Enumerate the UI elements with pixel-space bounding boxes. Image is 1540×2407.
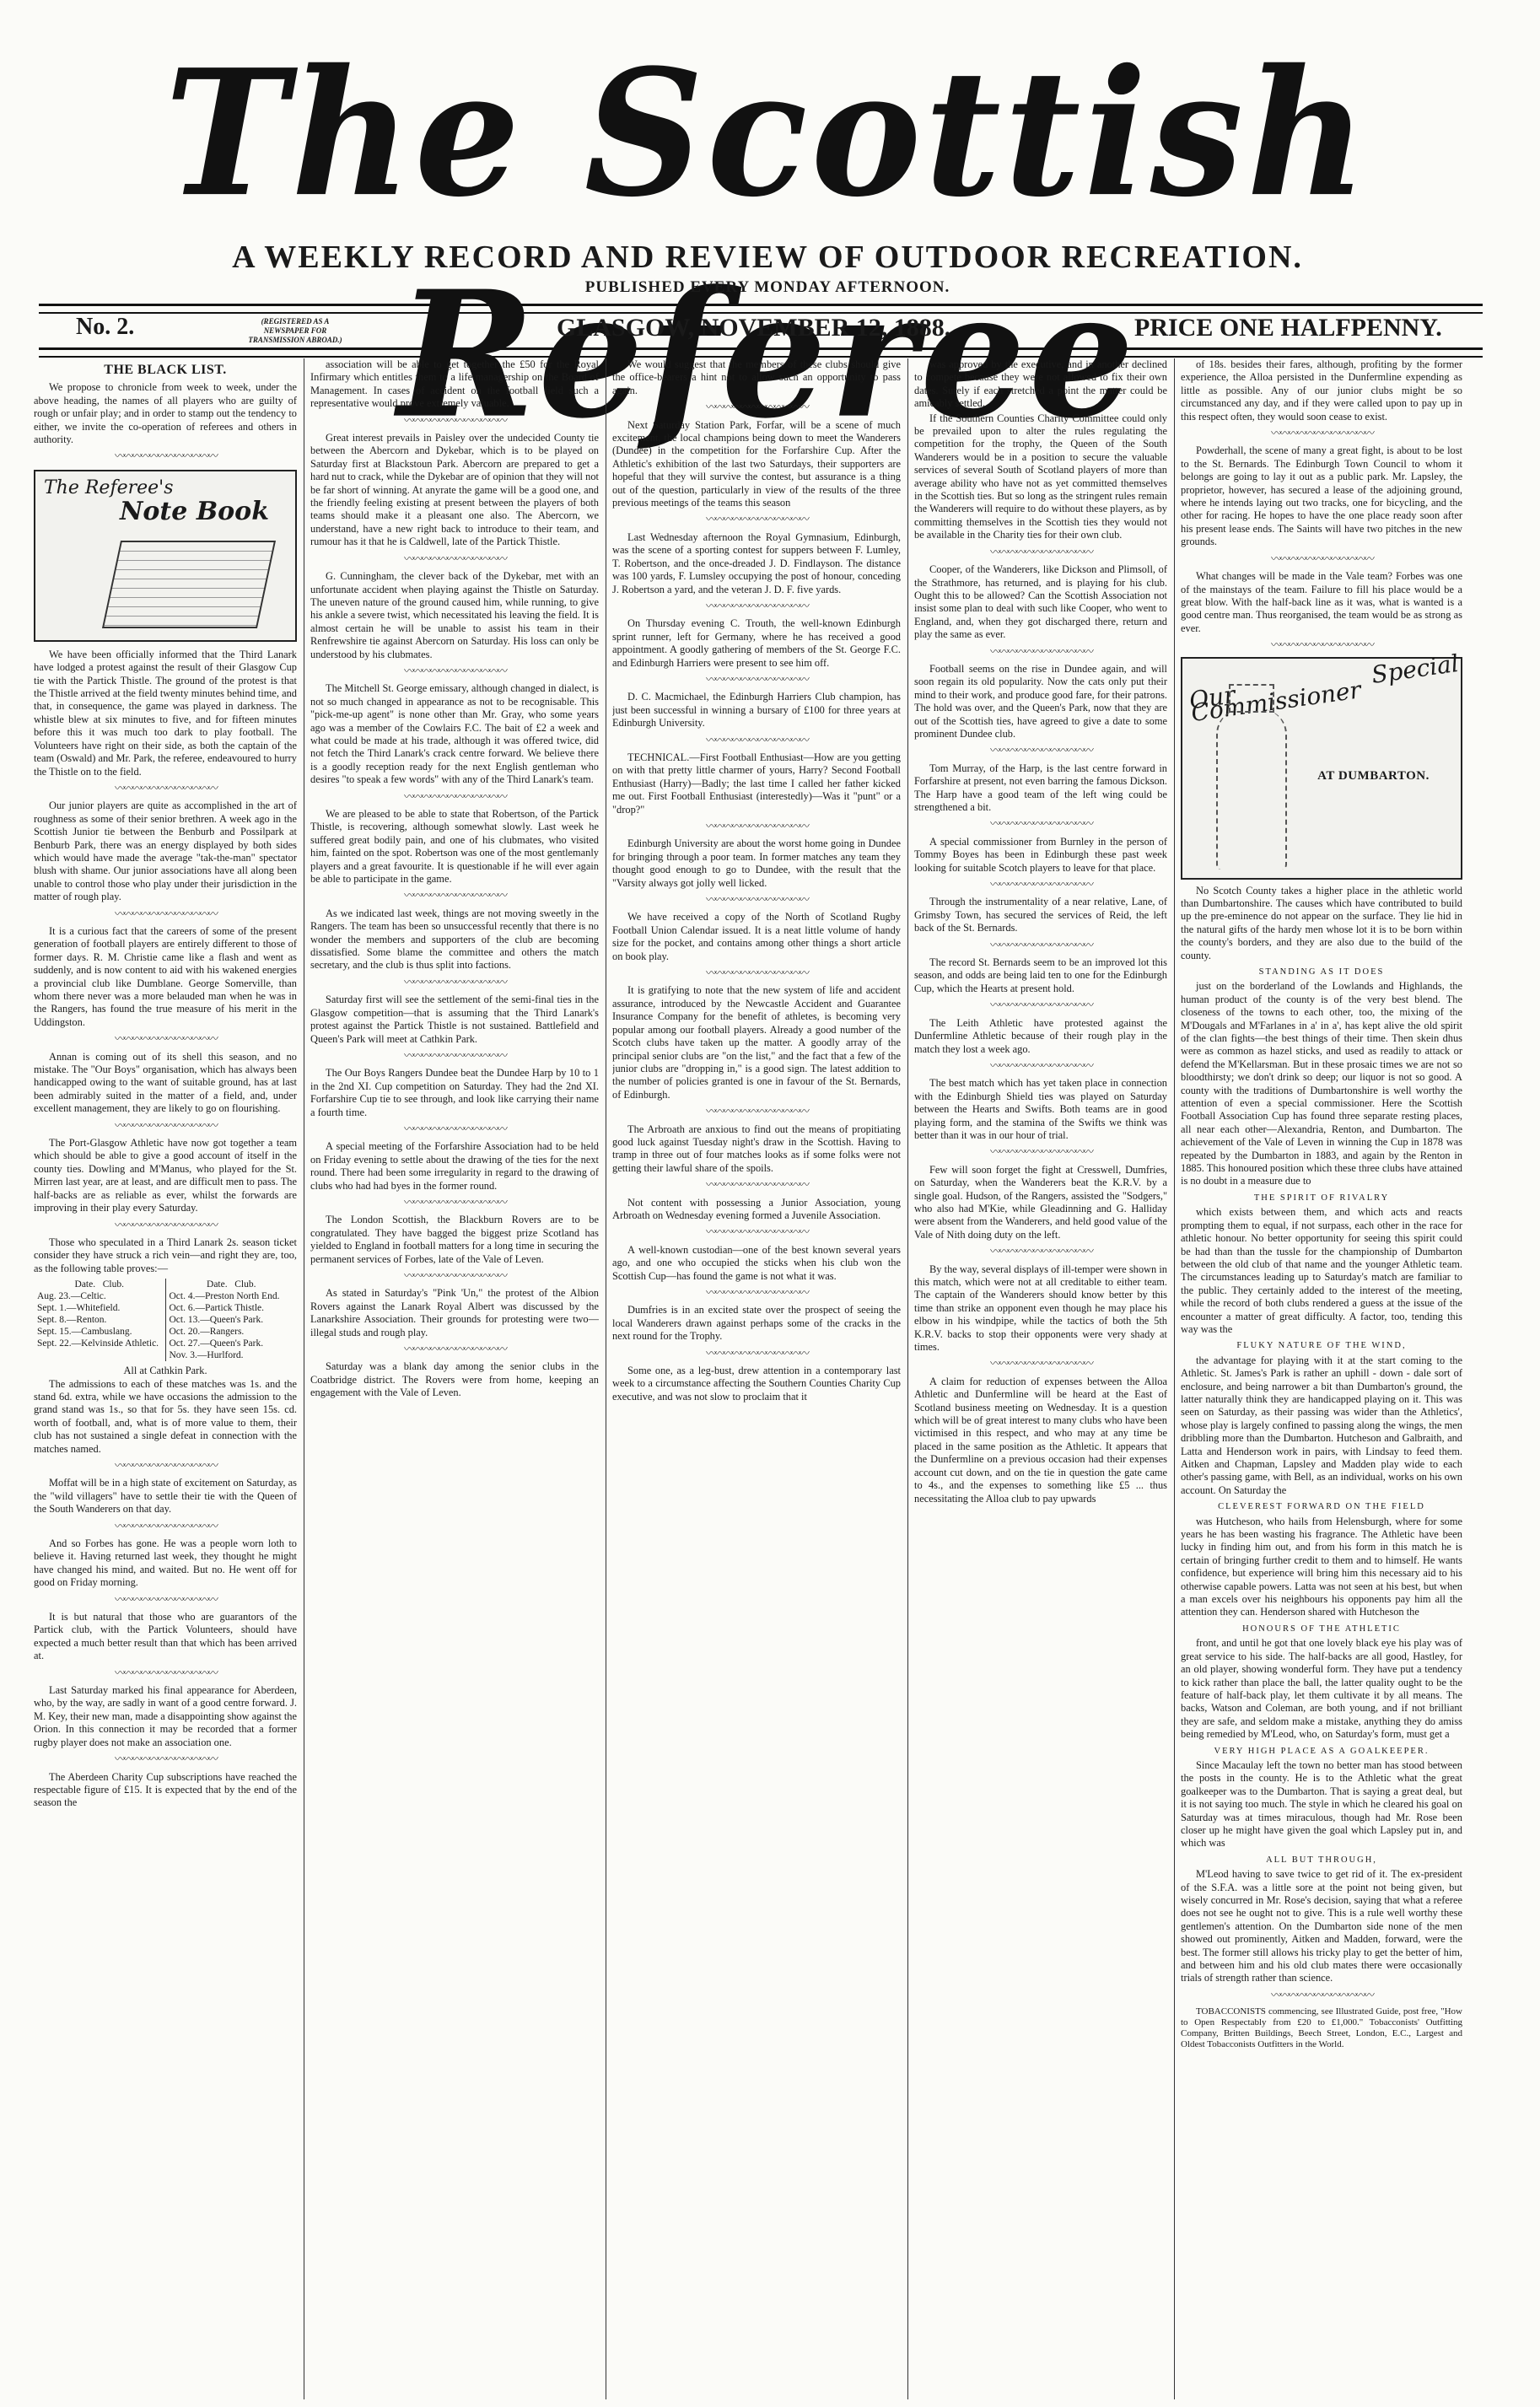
ornament-divider: 〰〰〰〰〰〰〰〰〰〰〰〰 — [612, 734, 901, 746]
article-paragraph: Saturday was a blank day among the senio… — [310, 1360, 599, 1399]
ornament-divider: 〰〰〰〰〰〰〰〰〰〰〰〰 — [34, 1753, 297, 1765]
article-paragraph: Through the instrumentality of a near re… — [914, 896, 1167, 934]
article-paragraph: A special commissioner from Burnley in t… — [914, 836, 1167, 875]
column-rule — [606, 358, 606, 2399]
dateline: No. 2. (REGISTERED AS A NEWSPAPER FOR TR… — [51, 314, 1476, 346]
article-paragraph: was Hutcheson, who hails from Helensburg… — [1181, 1516, 1462, 1619]
black-list-intro: We propose to chronicle from week to wee… — [34, 381, 297, 446]
article-paragraph: The admissions to each of these matches … — [34, 1378, 297, 1456]
ornament-divider: 〰〰〰〰〰〰〰〰〰〰〰〰 — [34, 907, 297, 920]
fixtures-table: Date. Club. Aug. 23.—Celtic. Sept. 1.—Wh… — [34, 1279, 297, 1361]
article-paragraph: Football seems on the rise in Dundee aga… — [914, 663, 1167, 740]
ornament-divider: 〰〰〰〰〰〰〰〰〰〰〰〰 — [310, 1196, 599, 1209]
ornament-divider: 〰〰〰〰〰〰〰〰〰〰〰〰 — [34, 1667, 297, 1679]
article-paragraph: Great interest prevails in Paisley over … — [310, 432, 599, 549]
ornament-divider: 〰〰〰〰〰〰〰〰〰〰〰〰 — [914, 1145, 1167, 1158]
ornament-divider: 〰〰〰〰〰〰〰〰〰〰〰〰 — [1181, 552, 1462, 565]
article-paragraph: It is but natural that those who are gua… — [34, 1611, 297, 1663]
ornament-divider: 〰〰〰〰〰〰〰〰〰〰〰〰 — [612, 1347, 901, 1360]
ornament-divider: 〰〰〰〰〰〰〰〰〰〰〰〰 — [914, 999, 1167, 1011]
ornament-divider: 〰〰〰〰〰〰〰〰〰〰〰〰 — [914, 939, 1167, 951]
article-paragraph: M'Leod having to save twice to get rid o… — [1181, 1868, 1462, 1985]
ornament-divider: 〰〰〰〰〰〰〰〰〰〰〰〰 — [914, 546, 1167, 558]
article-paragraph: We are pleased to be able to state that … — [310, 808, 599, 886]
ornament-divider: 〰〰〰〰〰〰〰〰〰〰〰〰 — [612, 1178, 901, 1191]
article-paragraph: A well-known custodian—one of the best k… — [612, 1244, 901, 1283]
article-paragraph: front, and until he got that one lovely … — [1181, 1637, 1462, 1741]
article-paragraph: Annan is coming out of its shell this se… — [34, 1051, 297, 1116]
article-paragraph: The London Scottish, the Blackburn Rover… — [310, 1214, 599, 1266]
fixture-row: Oct. 13.—Queen's Park. — [170, 1314, 294, 1326]
ornament-divider: 〰〰〰〰〰〰〰〰〰〰〰〰 — [612, 513, 901, 525]
article-paragraph: Next Saturday Station Park, Forfar, will… — [612, 419, 901, 510]
column-2: association will be able to get together… — [310, 358, 599, 2399]
article-paragraph: TECHNICAL.—First Football Enthusiast—How… — [612, 751, 901, 816]
article-paragraph: The Aberdeen Charity Cup subscriptions h… — [34, 1771, 297, 1810]
article-paragraph: And so Forbes has gone. He was a people … — [34, 1537, 297, 1590]
ornament-divider: 〰〰〰〰〰〰〰〰〰〰〰〰 — [34, 1032, 297, 1045]
bottom-rule — [39, 347, 1483, 358]
subheading: CLEVEREST FORWARD ON THE FIELD — [1181, 1500, 1462, 1513]
ornament-divider: 〰〰〰〰〰〰〰〰〰〰〰〰 — [612, 1225, 901, 1238]
ornament-divider: 〰〰〰〰〰〰〰〰〰〰〰〰 — [34, 782, 297, 794]
fixture-row: Oct. 27.—Queen's Park. — [170, 1338, 294, 1349]
fixture-row: Oct. 6.—Partick Thistle. — [170, 1302, 294, 1314]
article-paragraph: was approved by the executive, and in an… — [914, 358, 1167, 411]
article-paragraph: A special meeting of the Forfarshire Ass… — [310, 1140, 599, 1193]
column-3: We would suggest that the members of the… — [612, 358, 901, 2399]
article-paragraph: Not content with possessing a Junior Ass… — [612, 1197, 901, 1223]
ornament-divider: 〰〰〰〰〰〰〰〰〰〰〰〰 — [914, 744, 1167, 757]
tobacconists-advert: TOBACCONISTS commencing, see Illustrated… — [1181, 2006, 1462, 2050]
dumbarton-heading: AT DUMBARTON. — [1291, 770, 1456, 783]
article-paragraph: D. C. Macmichael, the Edinburgh Harriers… — [612, 691, 901, 730]
article-paragraph: Saturday first will see the settlement o… — [310, 993, 599, 1046]
ornament-divider: 〰〰〰〰〰〰〰〰〰〰〰〰 — [310, 665, 599, 677]
article-paragraph: Last Wednesday afternoon the Royal Gymna… — [612, 531, 901, 596]
article-paragraph: We have been officially informed that th… — [34, 649, 297, 778]
ornament-divider: 〰〰〰〰〰〰〰〰〰〰〰〰 — [914, 1245, 1167, 1257]
ornament-divider: 〰〰〰〰〰〰〰〰〰〰〰〰 — [1181, 427, 1462, 439]
column-5: of 18s. besides their fares, although, p… — [1181, 358, 1462, 2399]
ornament-divider: 〰〰〰〰〰〰〰〰〰〰〰〰 — [310, 414, 599, 427]
registration-note: (REGISTERED AS A NEWSPAPER FOR TRANSMISS… — [245, 317, 346, 345]
article-paragraph: Moffat will be in a high state of excite… — [34, 1477, 297, 1516]
newspaper-page: The Scottish Referee A WEEKLY RECORD AND… — [34, 0, 1467, 2407]
ornament-divider: 〰〰〰〰〰〰〰〰〰〰〰〰 — [914, 1059, 1167, 1072]
special-commissioner-illustration: Our Special Commissioner AT DUMBARTON. — [1181, 657, 1462, 880]
book-icon — [102, 541, 276, 628]
ornament-divider: 〰〰〰〰〰〰〰〰〰〰〰〰 — [310, 889, 599, 902]
fixture-row: Sept. 8.—Renton. — [37, 1314, 162, 1326]
article-paragraph: Dumfries is in an excited state over the… — [612, 1304, 901, 1343]
article-paragraph: The Mitchell St. George emissary, althou… — [310, 682, 599, 786]
ornament-divider: 〰〰〰〰〰〰〰〰〰〰〰〰 — [34, 1219, 297, 1231]
article-paragraph: The record St. Bernards seem to be an im… — [914, 956, 1167, 995]
ornament-divider: 〰〰〰〰〰〰〰〰〰〰〰〰 — [310, 790, 599, 803]
article-paragraph: We would suggest that the members of the… — [612, 358, 901, 397]
article-paragraph: The Arbroath are anxious to find out the… — [612, 1123, 901, 1176]
article-paragraph: The best match which has yet taken place… — [914, 1077, 1167, 1142]
ornament-divider: 〰〰〰〰〰〰〰〰〰〰〰〰 — [612, 820, 901, 832]
place-date: GLASGOW, NOVEMBER 12, 1888. — [557, 314, 950, 342]
article-paragraph: of 18s. besides their fares, although, p… — [1181, 358, 1462, 423]
article-paragraph: just on the borderland of the Lowlands a… — [1181, 980, 1462, 1188]
ornament-divider: 〰〰〰〰〰〰〰〰〰〰〰〰 — [612, 1286, 901, 1299]
ornament-divider: 〰〰〰〰〰〰〰〰〰〰〰〰 — [914, 878, 1167, 891]
article-paragraph: The Leith Athletic have protested agains… — [914, 1017, 1167, 1056]
article-paragraph: Edinburgh University are about the worst… — [612, 837, 901, 890]
article-paragraph: It is a curious fact that the careers of… — [34, 925, 297, 1029]
article-paragraph: which exists between them, and which act… — [1181, 1206, 1462, 1336]
ornament-divider: 〰〰〰〰〰〰〰〰〰〰〰〰 — [612, 1105, 901, 1117]
article-paragraph: We have received a copy of the North of … — [612, 911, 901, 963]
referees-note-book-illustration: The Referee's Note Book — [34, 470, 297, 642]
fixtures-header: Date. Club. — [37, 1279, 162, 1290]
column-4: was approved by the executive, and in an… — [914, 358, 1167, 2399]
ornament-divider: 〰〰〰〰〰〰〰〰〰〰〰〰 — [914, 1357, 1167, 1370]
ornament-divider: 〰〰〰〰〰〰〰〰〰〰〰〰 — [612, 401, 901, 413]
price: PRICE ONE HALFPENNY. — [1134, 314, 1442, 342]
article-paragraph: A claim for reduction of expenses betwee… — [914, 1376, 1167, 1505]
ornament-divider: 〰〰〰〰〰〰〰〰〰〰〰〰 — [612, 967, 901, 979]
subheading: STANDING AS IT DOES — [1181, 966, 1462, 978]
dumbarton-intro: AT DUMBARTON. — [1291, 770, 1456, 786]
ornament-divider: 〰〰〰〰〰〰〰〰〰〰〰〰 — [310, 552, 599, 565]
ornament-divider: 〰〰〰〰〰〰〰〰〰〰〰〰 — [310, 1123, 599, 1135]
ornament-divider: 〰〰〰〰〰〰〰〰〰〰〰〰 — [34, 1459, 297, 1472]
fixture-row: Aug. 23.—Celtic. — [37, 1290, 162, 1302]
ornament-divider: 〰〰〰〰〰〰〰〰〰〰〰〰 — [612, 673, 901, 686]
article-paragraph: By the way, several displays of ill-temp… — [914, 1263, 1167, 1354]
illustration-label: The Referee's — [44, 482, 174, 494]
article-paragraph: Powderhall, the scene of many a great fi… — [1181, 444, 1462, 548]
article-paragraph: As we indicated last week, things are no… — [310, 907, 599, 972]
article-paragraph: Since Macaulay left the town no better m… — [1181, 1759, 1462, 1850]
ornament-divider: 〰〰〰〰〰〰〰〰〰〰〰〰 — [612, 600, 901, 612]
column-rule — [1174, 358, 1175, 2399]
fixture-row: Oct. 20.—Rangers. — [170, 1326, 294, 1338]
fixtures-left: Date. Club. Aug. 23.—Celtic. Sept. 1.—Wh… — [34, 1279, 165, 1361]
article-paragraph: What changes will be made in the Vale te… — [1181, 570, 1462, 635]
ornament-divider: 〰〰〰〰〰〰〰〰〰〰〰〰 — [310, 976, 599, 988]
illustration-label: Note Book — [120, 505, 269, 518]
subheading: HONOURS OF THE ATHLETIC — [1181, 1623, 1462, 1635]
ornament-divider: 〰〰〰〰〰〰〰〰〰〰〰〰 — [34, 450, 297, 462]
article-paragraph: If the Southern Counties Charity Committ… — [914, 412, 1167, 542]
article-paragraph: the advantage for playing with it at the… — [1181, 1354, 1462, 1497]
article-paragraph: Some one, as a leg-bust, drew attention … — [612, 1365, 901, 1403]
issue-number: No. 2. — [76, 314, 134, 341]
masthead-published: PUBLISHED EVERY MONDAY AFTERNOON. — [34, 278, 1501, 297]
fixture-row: Nov. 3.—Hurlford. — [170, 1349, 294, 1361]
article-paragraph: As stated in Saturday's "Pink 'Un," the … — [310, 1287, 599, 1339]
article-paragraph: It is gratifying to note that the new sy… — [612, 984, 901, 1101]
ornament-divider: 〰〰〰〰〰〰〰〰〰〰〰〰 — [34, 1593, 297, 1606]
article-paragraph: The Our Boys Rangers Dundee beat the Dun… — [310, 1067, 599, 1119]
ornament-divider: 〰〰〰〰〰〰〰〰〰〰〰〰 — [914, 645, 1167, 658]
article-paragraph: Last Saturday marked his final appearanc… — [34, 1684, 297, 1749]
ornament-divider: 〰〰〰〰〰〰〰〰〰〰〰〰 — [310, 1049, 599, 1062]
subheading: FLUKY NATURE OF THE WIND, — [1181, 1339, 1462, 1352]
article-paragraph: Our junior players are quite as accompli… — [34, 800, 297, 903]
ornament-divider: 〰〰〰〰〰〰〰〰〰〰〰〰 — [310, 1343, 599, 1355]
fixture-row: Sept. 22.—Kelvinside Athletic. — [37, 1338, 162, 1349]
ornament-divider: 〰〰〰〰〰〰〰〰〰〰〰〰 — [310, 1269, 599, 1282]
column-1: THE BLACK LIST. We propose to chronicle … — [34, 358, 297, 2399]
subheading: ALL BUT THROUGH, — [1181, 1854, 1462, 1866]
fixture-row: Oct. 4.—Preston North End. — [170, 1290, 294, 1302]
fixtures-footer: All at Cathkin Park. — [34, 1365, 297, 1377]
article-paragraph: association will be able to get together… — [310, 358, 599, 411]
ornament-divider: 〰〰〰〰〰〰〰〰〰〰〰〰 — [1181, 638, 1462, 651]
article-paragraph: On Thursday evening C. Trouth, the well-… — [612, 617, 901, 670]
fixture-row: Sept. 15.—Cambuslang. — [37, 1326, 162, 1338]
column-rule — [907, 358, 908, 2399]
fixtures-header: Date. Club. — [170, 1279, 294, 1290]
article-paragraph: Tom Murray, of the Harp, is the last cen… — [914, 762, 1167, 815]
commissioner-figure-icon — [1216, 709, 1287, 870]
fixture-row: Sept. 1.—Whitefield. — [37, 1302, 162, 1314]
ornament-divider: 〰〰〰〰〰〰〰〰〰〰〰〰 — [914, 817, 1167, 830]
hat-icon — [1229, 684, 1274, 713]
article-paragraph: Those who speculated in a Third Lanark 2… — [34, 1236, 297, 1275]
ornament-divider: 〰〰〰〰〰〰〰〰〰〰〰〰 — [34, 1119, 297, 1132]
black-list-heading: THE BLACK LIST. — [34, 363, 297, 376]
masthead-subtitle: A WEEKLY RECORD AND REVIEW OF OUTDOOR RE… — [34, 239, 1501, 276]
ornament-divider: 〰〰〰〰〰〰〰〰〰〰〰〰 — [612, 893, 901, 906]
top-rule — [39, 304, 1483, 314]
article-paragraph: No Scotch County takes a higher place in… — [1181, 885, 1462, 962]
article-paragraph: The Port-Glasgow Athletic have now got t… — [34, 1137, 297, 1214]
article-paragraph: Cooper, of the Wanderers, like Dickson a… — [914, 563, 1167, 641]
article-paragraph: G. Cunningham, the clever back of the Dy… — [310, 570, 599, 661]
ornament-divider: 〰〰〰〰〰〰〰〰〰〰〰〰 — [34, 1520, 297, 1532]
column-rule — [304, 358, 304, 2399]
subheading: THE SPIRIT OF RIVALRY — [1181, 1192, 1462, 1204]
ornament-divider: 〰〰〰〰〰〰〰〰〰〰〰〰 — [1181, 1989, 1462, 2001]
fixtures-right: Date. Club. Oct. 4.—Preston North End. O… — [165, 1279, 298, 1361]
article-paragraph: Few will soon forget the fight at Cressw… — [914, 1164, 1167, 1241]
subheading: VERY HIGH PLACE AS A GOALKEEPER. — [1181, 1745, 1462, 1758]
